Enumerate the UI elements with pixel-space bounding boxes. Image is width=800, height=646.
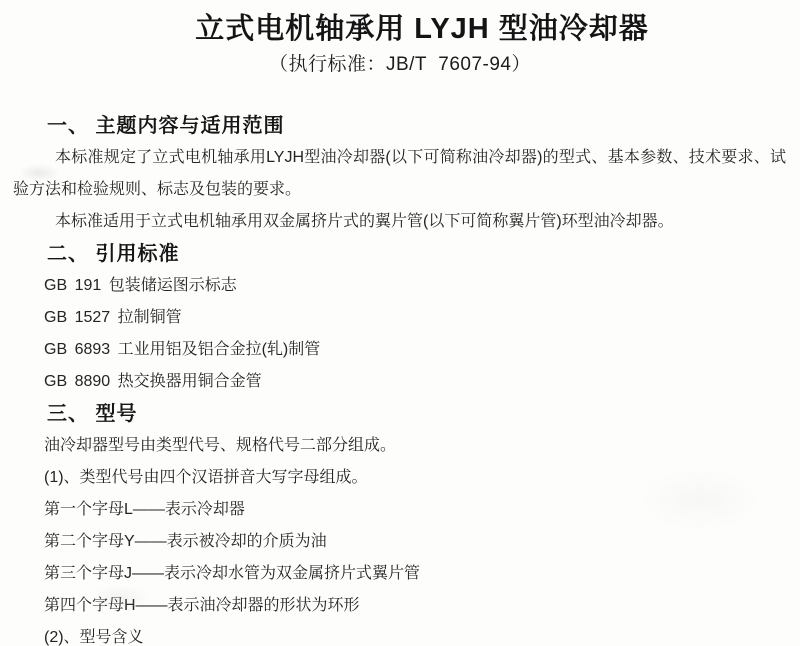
- doc-subtitle: （执行标准：JB/T 7607-94）: [0, 52, 800, 78]
- section2-heading: 二、 引用标准: [47, 238, 800, 270]
- document-page: 立式电机轴承用 LYJH 型油冷却器 （执行标准：JB/T 7607-94） 一…: [0, 0, 800, 646]
- section1-paragraph-2: 本标准适用于立式电机轴承用双金属挤片式的翼片管(以下可简称翼片管)环型油冷却器。: [13, 206, 786, 238]
- document-header: 立式电机轴承用 LYJH 型油冷却器 （执行标准：JB/T 7607-94）: [0, 0, 800, 78]
- reference-item: GB 6893 工业用铝及铝合金拉(轧)制管: [44, 334, 800, 366]
- code-letter-line: 第三个字母J——表示冷却水管为双金属挤片式翼片管: [44, 558, 800, 590]
- section1-heading: 一、 主题内容与适用范围: [47, 110, 800, 142]
- code-letter-line: 第四个字母H——表示油冷却器的形状为环形: [44, 590, 800, 622]
- code-letter-line: 第一个字母L——表示冷却器: [44, 494, 800, 526]
- section3-item-2: (2)、型号含义: [44, 622, 800, 646]
- reference-item: GB 191 包装储运图示标志: [44, 270, 800, 302]
- code-letter-line: 第二个字母Y——表示被冷却的介质为油: [44, 526, 800, 558]
- reference-item: GB 8890 热交换器用铜合金管: [44, 366, 800, 398]
- doc-title: 立式电机轴承用 LYJH 型油冷却器: [0, 10, 800, 48]
- section3-intro: 油冷却器型号由类型代号、规格代号二部分组成。: [44, 430, 800, 462]
- section1-paragraph-1: 本标准规定了立式电机轴承用LYJH型油冷却器(以下可简称油冷却器)的型式、基本参…: [13, 142, 786, 206]
- section3-heading: 三、 型号: [47, 398, 800, 430]
- section3-item-1: (1)、类型代号由四个汉语拼音大写字母组成。: [44, 462, 800, 494]
- reference-item: GB 1527 拉制铜管: [44, 302, 800, 334]
- document-body: 一、 主题内容与适用范围 本标准规定了立式电机轴承用LYJH型油冷却器(以下可简…: [0, 110, 800, 646]
